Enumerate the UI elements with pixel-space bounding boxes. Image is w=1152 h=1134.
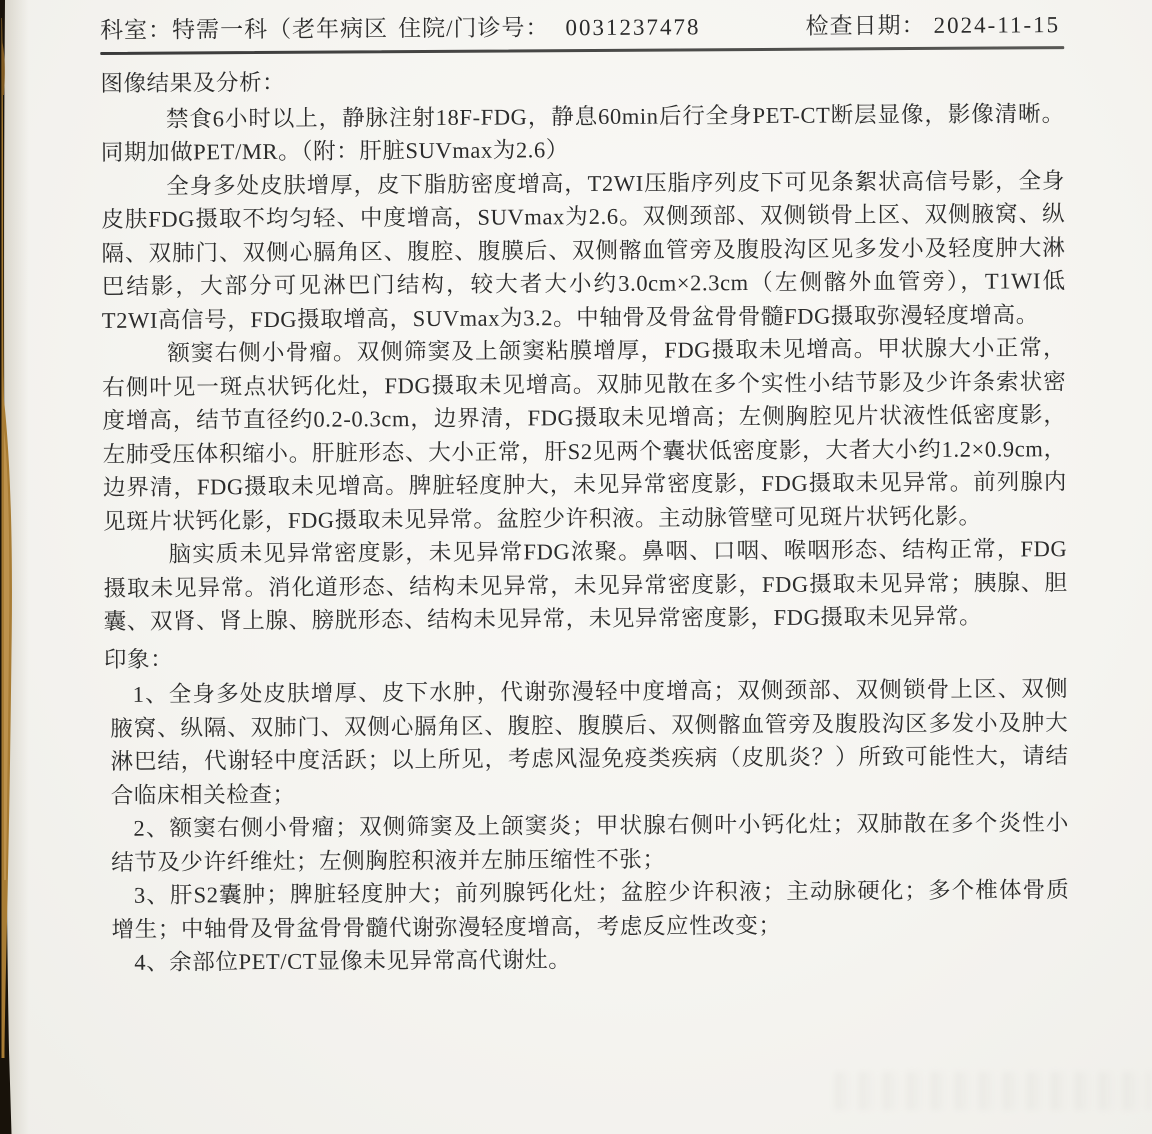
findings-section: 图像结果及分析： 禁食6小时以上，静脉注射18F-FDG，静息60min后行全身…	[100, 61, 1067, 638]
impression-section-title: 印象：	[104, 637, 1068, 676]
report-content: 科室：特需一科（老年病区 住院/门诊号： 0031237478 检查日期：202…	[100, 6, 1070, 979]
findings-section-title: 图像结果及分析：	[100, 61, 1064, 100]
impression-item-3: 3、肝S2囊肿；脾脏轻度肿大；前列腺钙化灶；盆腔少许积液；主动脉硬化；多个椎体骨…	[105, 873, 1069, 946]
impression-item-1: 1、全身多处皮肤增厚、皮下水肿，代谢弥漫轻中度增高；双侧颈部、双侧锁骨上区、双侧…	[104, 672, 1069, 812]
department-field: 科室：特需一科（老年病区	[100, 10, 388, 45]
impression-item-2: 2、额窦右侧小骨瘤；双侧筛窦及上颌窦炎；甲状腺右侧叶小钙化灶；双肺散在多个炎性小…	[105, 806, 1069, 879]
findings-paragraph-4: 脑实质未见异常密度影，未见异常FDG浓聚。鼻咽、口咽、喉咽形态、结构正常，FDG…	[103, 532, 1068, 638]
findings-paragraph-1: 禁食6小时以上，静脉注射18F-FDG，静息60min后行全身PET-CT断层显…	[101, 97, 1065, 170]
scan-edge-artifact	[0, 0, 26, 1134]
report-header: 科室：特需一科（老年病区 住院/门诊号： 0031237478 检查日期：202…	[100, 6, 1064, 45]
visit-number-value: 0031237478	[565, 14, 700, 41]
header-right-group: 检查日期：2024-11-15	[806, 6, 1061, 41]
exam-date-label: 检查日期：	[806, 13, 926, 39]
impression-section: 印象： 1、全身多处皮肤增厚、皮下水肿，代谢弥漫轻中度增高；双侧颈部、双侧锁骨上…	[104, 637, 1070, 980]
watermark-smudge	[835, 1072, 1150, 1110]
header-left-group: 科室：特需一科（老年病区 住院/门诊号： 0031237478	[100, 8, 701, 45]
scan-edge-graphic	[0, 0, 26, 1134]
header-divider-rule	[100, 46, 1064, 55]
impression-item-4: 4、余部位PET/CT显像未见异常高代谢灶。	[106, 940, 1070, 979]
findings-paragraph-2: 全身多处皮肤增厚，皮下脂肪密度增高，T2WI压脂序列皮下可见条絮状高信号影，全身…	[101, 164, 1066, 337]
findings-paragraph-3: 额窦右侧小骨瘤。双侧筛窦及上颌窦粘膜增厚，FDG摄取未见增高。甲状腺大小正常，右…	[102, 331, 1067, 538]
visit-number-label: 住院/门诊号：	[398, 9, 550, 43]
scanned-report-page: { "report": { "header": { "department": …	[0, 0, 1152, 1134]
exam-date-value: 2024-11-15	[934, 12, 1061, 38]
